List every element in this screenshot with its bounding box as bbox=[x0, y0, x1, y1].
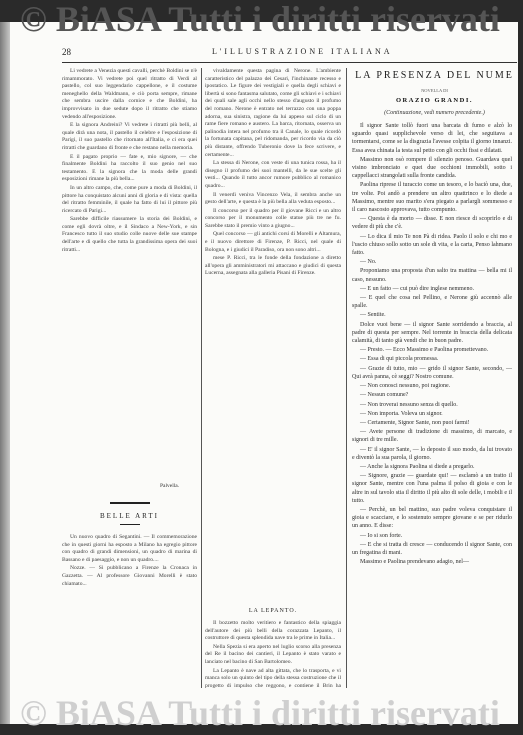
paragraph: In un altro campo, che, come pure a moda… bbox=[62, 185, 197, 215]
column-divider-2 bbox=[346, 68, 347, 688]
ornament-rule bbox=[120, 524, 140, 525]
paragraph: — Non importa. Voleva un signor. bbox=[352, 410, 512, 418]
paragraph: — Essa di qui piccola promessa. bbox=[352, 355, 512, 363]
story-author: ORAZIO GRANDI. bbox=[352, 97, 517, 104]
paragraph: La stessa di Nerone, con veste di una tu… bbox=[205, 160, 341, 190]
paragraph: — E quel che cosa nel Pellino, e Nerone … bbox=[352, 294, 512, 310]
paragraph: — Nessun comune? bbox=[352, 391, 512, 399]
paragraph: Dolce vuoi bene — il signor Sante sorrid… bbox=[352, 321, 512, 346]
paragraph: Il concorso per il quadro per il giovane… bbox=[205, 208, 341, 231]
lepanto-text: Il bozzetto molto veritiero e fantastico… bbox=[205, 620, 341, 690]
paragraph: — Presto. — Ecco Massimo e Paolina prome… bbox=[352, 346, 512, 354]
paragraph: mese P. Ricci, tra le fonde della fondaz… bbox=[205, 255, 341, 278]
column-2-text: vivaldamente questa pagina di Nerone. L'… bbox=[205, 68, 341, 568]
paragraph: — Perchè, un bel mattino, suo padre vole… bbox=[352, 506, 512, 531]
paragraph: Nella Spezia si era aperto nel luglio sc… bbox=[205, 644, 341, 667]
paragraph: La Lepanto è nave ad alta gittata, che l… bbox=[205, 668, 341, 690]
section-heading-belle-arti: BELLE ARTI bbox=[62, 512, 197, 520]
paragraph: E il pagato proprio — fate e, mio signor… bbox=[62, 154, 197, 184]
paragraph: Sarebbe difficile riassumere la storia d… bbox=[62, 216, 197, 254]
paragraph: — Non conosci nessuno, poi ragione. bbox=[352, 382, 512, 390]
paragraph: — Sentite. bbox=[352, 311, 512, 319]
paragraph: vivaldamente questa pagina di Nerone. L'… bbox=[205, 68, 341, 159]
column-3-text: Il signor Sante tollò fuori una barcata … bbox=[352, 122, 512, 717]
page-number: 28 bbox=[62, 47, 71, 57]
paragraph: — Grazie di tutto, mio — grido il signor… bbox=[352, 365, 512, 381]
paragraph: Li vedrete a Venezia questi cavalli, per… bbox=[62, 68, 197, 121]
story-title: LA PRESENZA DEL NUME bbox=[352, 70, 517, 81]
paragraph: Il bozzetto molto veritiero e fantastico… bbox=[205, 620, 341, 643]
running-title: L'ILLUSTRAZIONE ITALIANA bbox=[212, 47, 393, 56]
paragraph: Quel concorso — gli antichi corsi di Mor… bbox=[205, 231, 341, 254]
section-heading-lepanto: LA LEPANTO. bbox=[205, 608, 341, 614]
belle-arti-text: Un nuovo quadro di Segantini. — Il comme… bbox=[62, 534, 197, 694]
column-divider-1 bbox=[201, 68, 202, 688]
continuation-note: (Continuazione, vedi numero precedente.) bbox=[352, 110, 517, 116]
article-signature: Palvella. bbox=[160, 483, 179, 489]
paragraph: — E che si tratta di cresce — conducendo… bbox=[352, 541, 512, 557]
paragraph: Un nuovo quadro di Segantini. — Il comme… bbox=[62, 534, 197, 564]
paragraph: Il venerdì veniva Vincenzo Vela, il semb… bbox=[205, 192, 341, 207]
paragraph: — No. bbox=[352, 258, 512, 266]
paragraph: Nozze. — Si pubblicano a Firenze la Cron… bbox=[62, 565, 197, 588]
paragraph: Proponiamo una proposta d'un salto tra m… bbox=[352, 267, 512, 283]
paragraph: Massimo e Paolina prendevano adagio, nel… bbox=[352, 558, 512, 566]
paragraph: — Questa è da morto — disse. E non riesc… bbox=[352, 215, 512, 231]
paragraph: E la signora Andreini? Vi vedrete i ritr… bbox=[62, 122, 197, 152]
paragraph: — Avete persone di tradizione di massimo… bbox=[352, 428, 512, 444]
paragraph: — E un fatto — cui può dire inglese nemm… bbox=[352, 285, 512, 293]
paragraph: — Signore, grazie — guardate qui! — escl… bbox=[352, 472, 512, 505]
column-1-text: Li vedrete a Venezia questi cavalli, per… bbox=[62, 68, 197, 478]
paragraph: — E' il signor Sante, — lo deposto il su… bbox=[352, 446, 512, 462]
ornament-rule bbox=[110, 502, 150, 504]
paragraph: Il signor Sante tollò fuori una barcata … bbox=[352, 122, 512, 155]
paragraph: — Lo dica il mio Te non Pà di ridea. Pao… bbox=[352, 233, 512, 258]
paragraph: — Anche la signora Paolina si diede a pr… bbox=[352, 463, 512, 471]
paragraph: — Non troverai nessuno senza di quello. bbox=[352, 401, 512, 409]
header-rule bbox=[62, 62, 517, 63]
paragraph: Massimo non osò rompere il silenzio peno… bbox=[352, 156, 512, 181]
watermark-bottom: © BiASA Tutti i diritti riservati bbox=[20, 692, 500, 734]
story-subtitle: NOVELLA DI bbox=[352, 88, 517, 93]
paragraph: — Certamente, Signor Sante, non puoi far… bbox=[352, 419, 512, 427]
watermark-top: © BiASA Tutti i diritti riservati bbox=[20, 0, 500, 40]
paragraph: — Io si son forte. bbox=[352, 532, 512, 540]
paragraph: Paolina riprese il turaccio come un teso… bbox=[352, 181, 512, 214]
